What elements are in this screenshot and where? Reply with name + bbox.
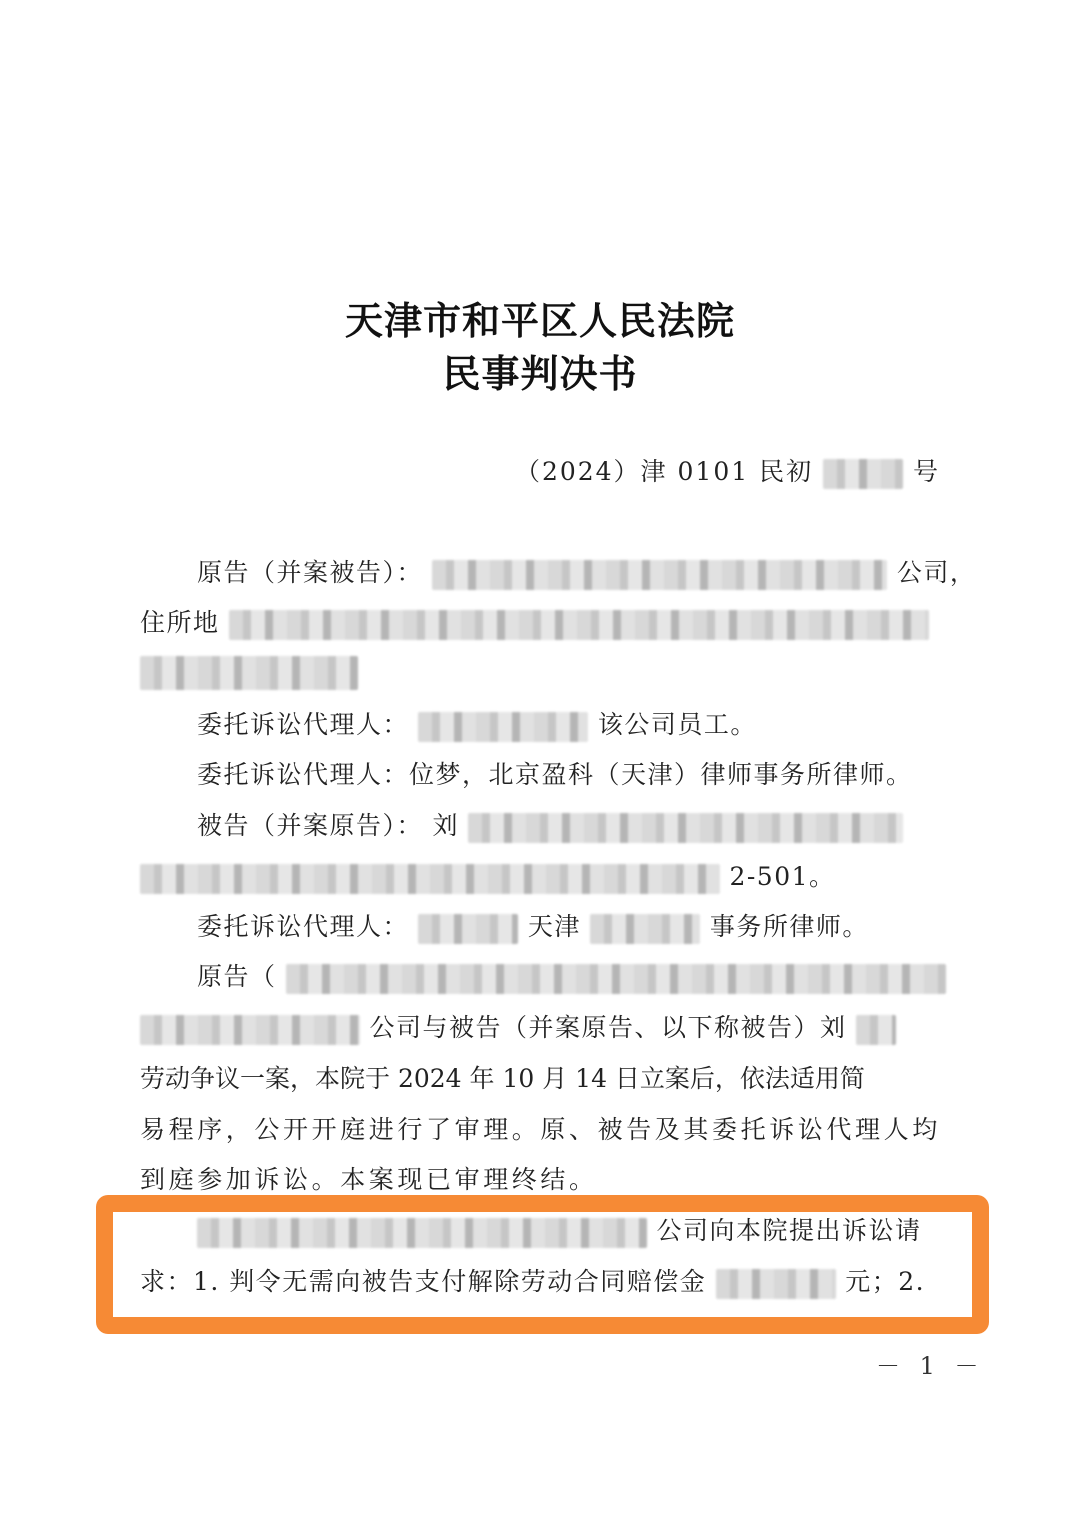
intro-mid: 公司与被告（并案原告、以下称被告）刘 bbox=[369, 1013, 846, 1042]
case-intro-line-3: 劳动争议一案，本院于 2024 年 10 月 14 日立案后，依法适用简 bbox=[140, 1059, 940, 1099]
court-name: 天津市和平区人民法院 bbox=[0, 290, 1080, 345]
case-intro-line-4: 易程序，公开开庭进行了审理。原、被告及其委托诉讼代理人均 bbox=[140, 1110, 940, 1150]
defendant-agent-line: 委托诉讼代理人： 天津 事务所律师。 bbox=[140, 907, 940, 947]
case-intro-line-1: 原告（ bbox=[140, 957, 940, 997]
redacted-defendant-info bbox=[468, 813, 903, 843]
highlight-annotation-box bbox=[96, 1195, 989, 1334]
plaintiff-agent-2-line: 委托诉讼代理人：位梦，北京盈科（天津）律师事务所律师。 bbox=[140, 755, 940, 795]
case-intro-line-2: 公司与被告（并案原告、以下称被告）刘 bbox=[140, 1008, 940, 1048]
document-type: 民事判决书 bbox=[0, 343, 1080, 398]
redacted-defendant-name bbox=[856, 1015, 896, 1045]
case-intro-line-5: 到庭参加诉讼。本案现已审理终结。 bbox=[140, 1160, 940, 1200]
plaintiff-address-line: 住所地 bbox=[140, 603, 940, 643]
redacted-agent-name bbox=[418, 712, 588, 742]
firm-suffix: 事务所律师。 bbox=[710, 912, 869, 941]
agent-role: 该公司员工。 bbox=[598, 710, 757, 739]
redacted-defendant-address bbox=[140, 864, 720, 894]
redacted-address-cont bbox=[140, 656, 358, 690]
case-number-suffix: 号 bbox=[913, 457, 940, 486]
agent-label: 委托诉讼代理人： bbox=[197, 912, 409, 941]
redacted-case-number bbox=[823, 459, 903, 489]
redacted-agent-name bbox=[418, 914, 518, 944]
defendant-address-tail: 2-501。 bbox=[729, 862, 835, 891]
redacted-party-names bbox=[286, 964, 946, 994]
page-number: － 1 － bbox=[876, 1346, 985, 1381]
firm-prefix: 天津 bbox=[528, 912, 581, 941]
plaintiff-name-suffix: 公司， bbox=[897, 558, 977, 587]
plaintiff-label: 原告（并案被告）： bbox=[197, 558, 423, 587]
redacted-address bbox=[229, 610, 929, 640]
redacted-plaintiff-name bbox=[432, 560, 887, 590]
defendant-line: 被告（并案原告）： 刘 bbox=[140, 806, 940, 846]
address-label: 住所地 bbox=[140, 608, 220, 637]
agent-label: 委托诉讼代理人： bbox=[197, 710, 409, 739]
intro-label: 原告（ bbox=[197, 962, 277, 991]
case-number-prefix: （2024）津 0101 民初 bbox=[515, 457, 813, 486]
redacted-company-name bbox=[140, 1015, 360, 1045]
defendant-name-visible: 刘 bbox=[432, 811, 459, 840]
plaintiff-line: 原告（并案被告）： 公司， bbox=[140, 553, 940, 593]
redacted-firm-name bbox=[590, 914, 700, 944]
case-number: （2024）津 0101 民初 号 bbox=[515, 452, 940, 489]
defendant-address-line: 2-501。 bbox=[140, 857, 940, 897]
plaintiff-agent-1-line: 委托诉讼代理人： 该公司员工。 bbox=[140, 705, 940, 745]
defendant-label: 被告（并案原告）： bbox=[197, 811, 423, 840]
